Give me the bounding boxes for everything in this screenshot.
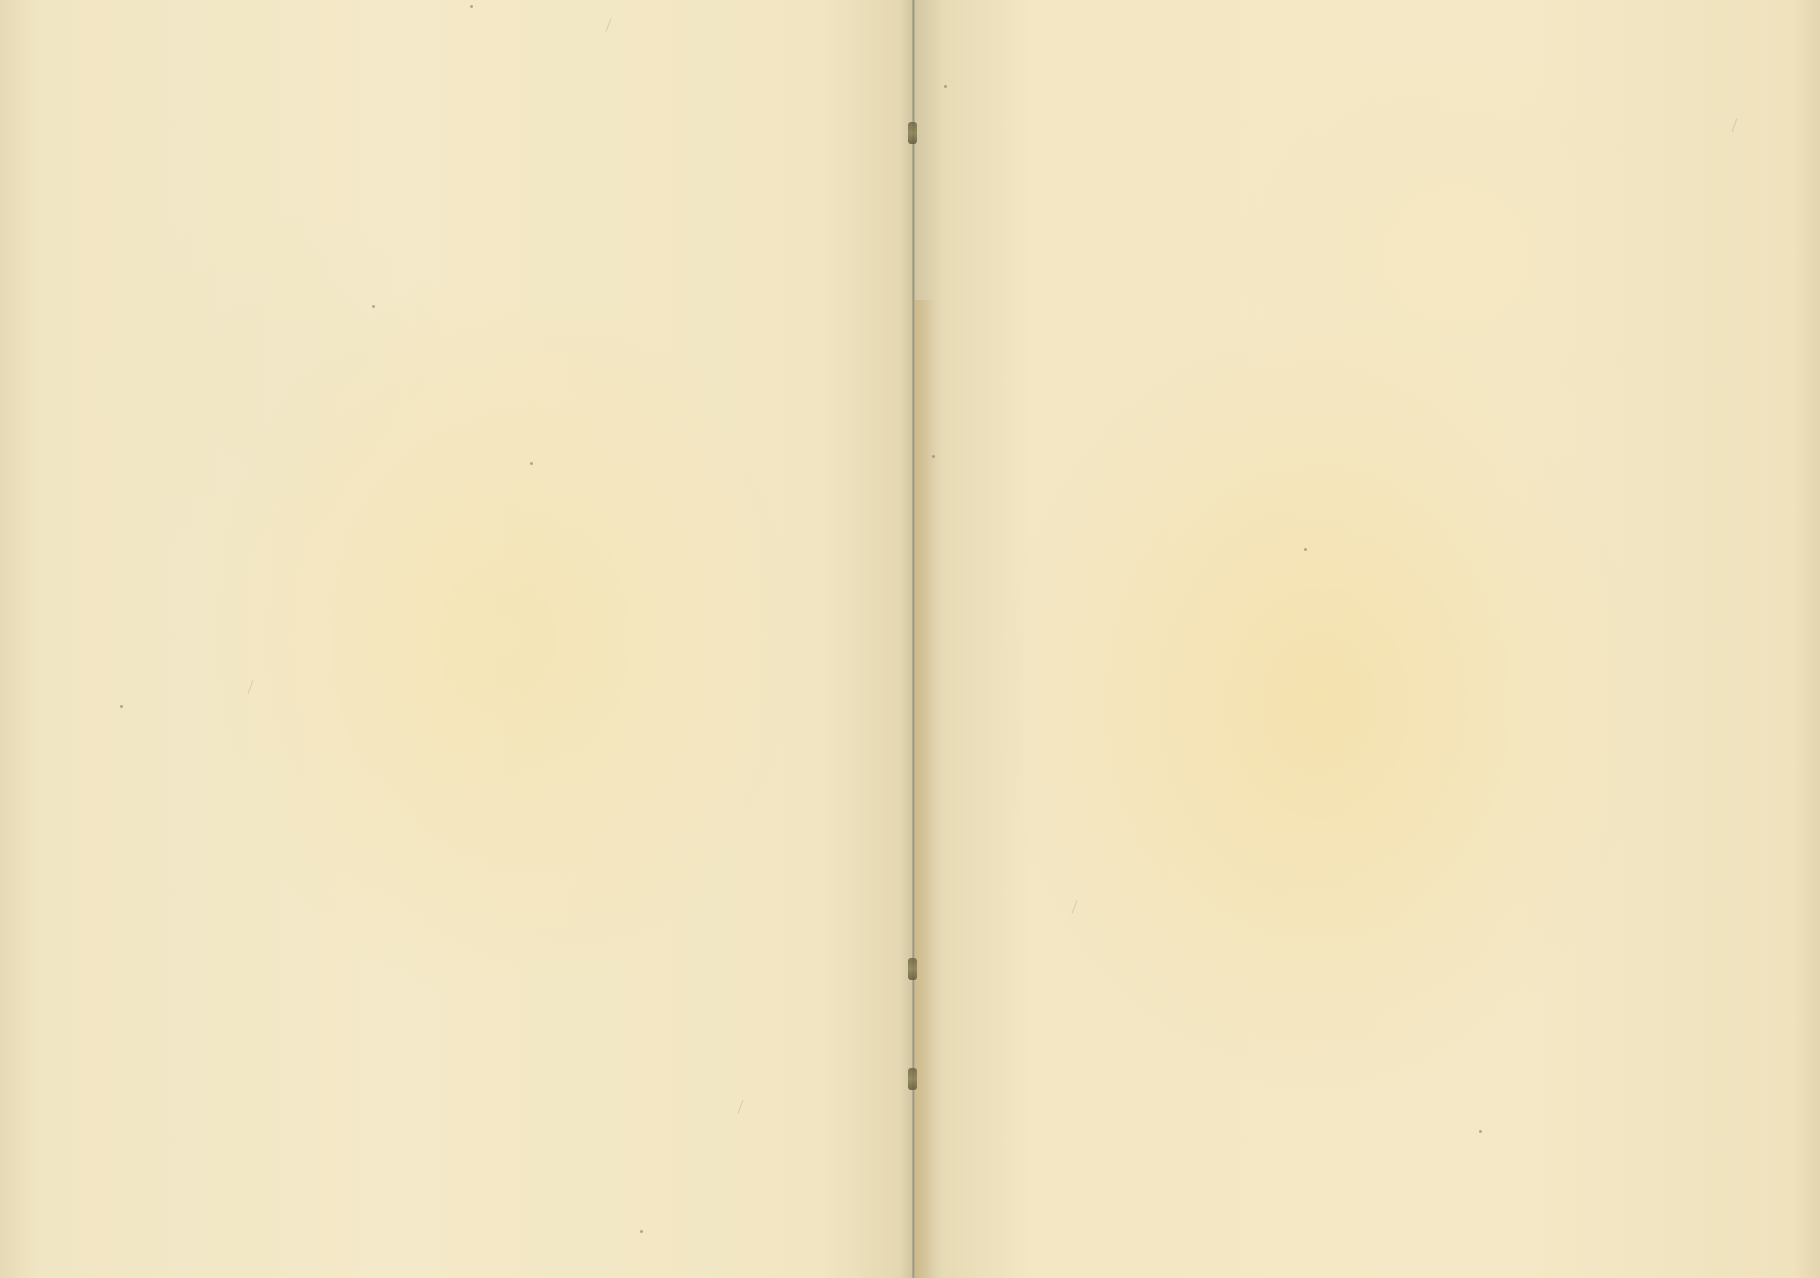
paper-fiber [738,1100,744,1113]
paper-speck [1304,548,1307,551]
paper-fiber [248,680,254,693]
staple-icon [908,122,917,144]
paper-fiber [1072,900,1078,913]
paper-speck [470,5,473,8]
paper-speck [372,305,375,308]
paper-speck [530,462,533,465]
staple-icon [908,958,917,980]
paper-speck [944,85,947,88]
paper-speck [120,705,123,708]
staple-icon [908,1068,917,1090]
paper-speck [1479,1130,1482,1133]
paper-fiber [606,18,612,31]
right-page [914,0,1820,1278]
paper-speck [640,1230,643,1233]
book-spread [0,0,1820,1278]
spine-shadow [915,300,937,1278]
left-page [0,0,914,1278]
paper-fiber [1732,118,1738,131]
